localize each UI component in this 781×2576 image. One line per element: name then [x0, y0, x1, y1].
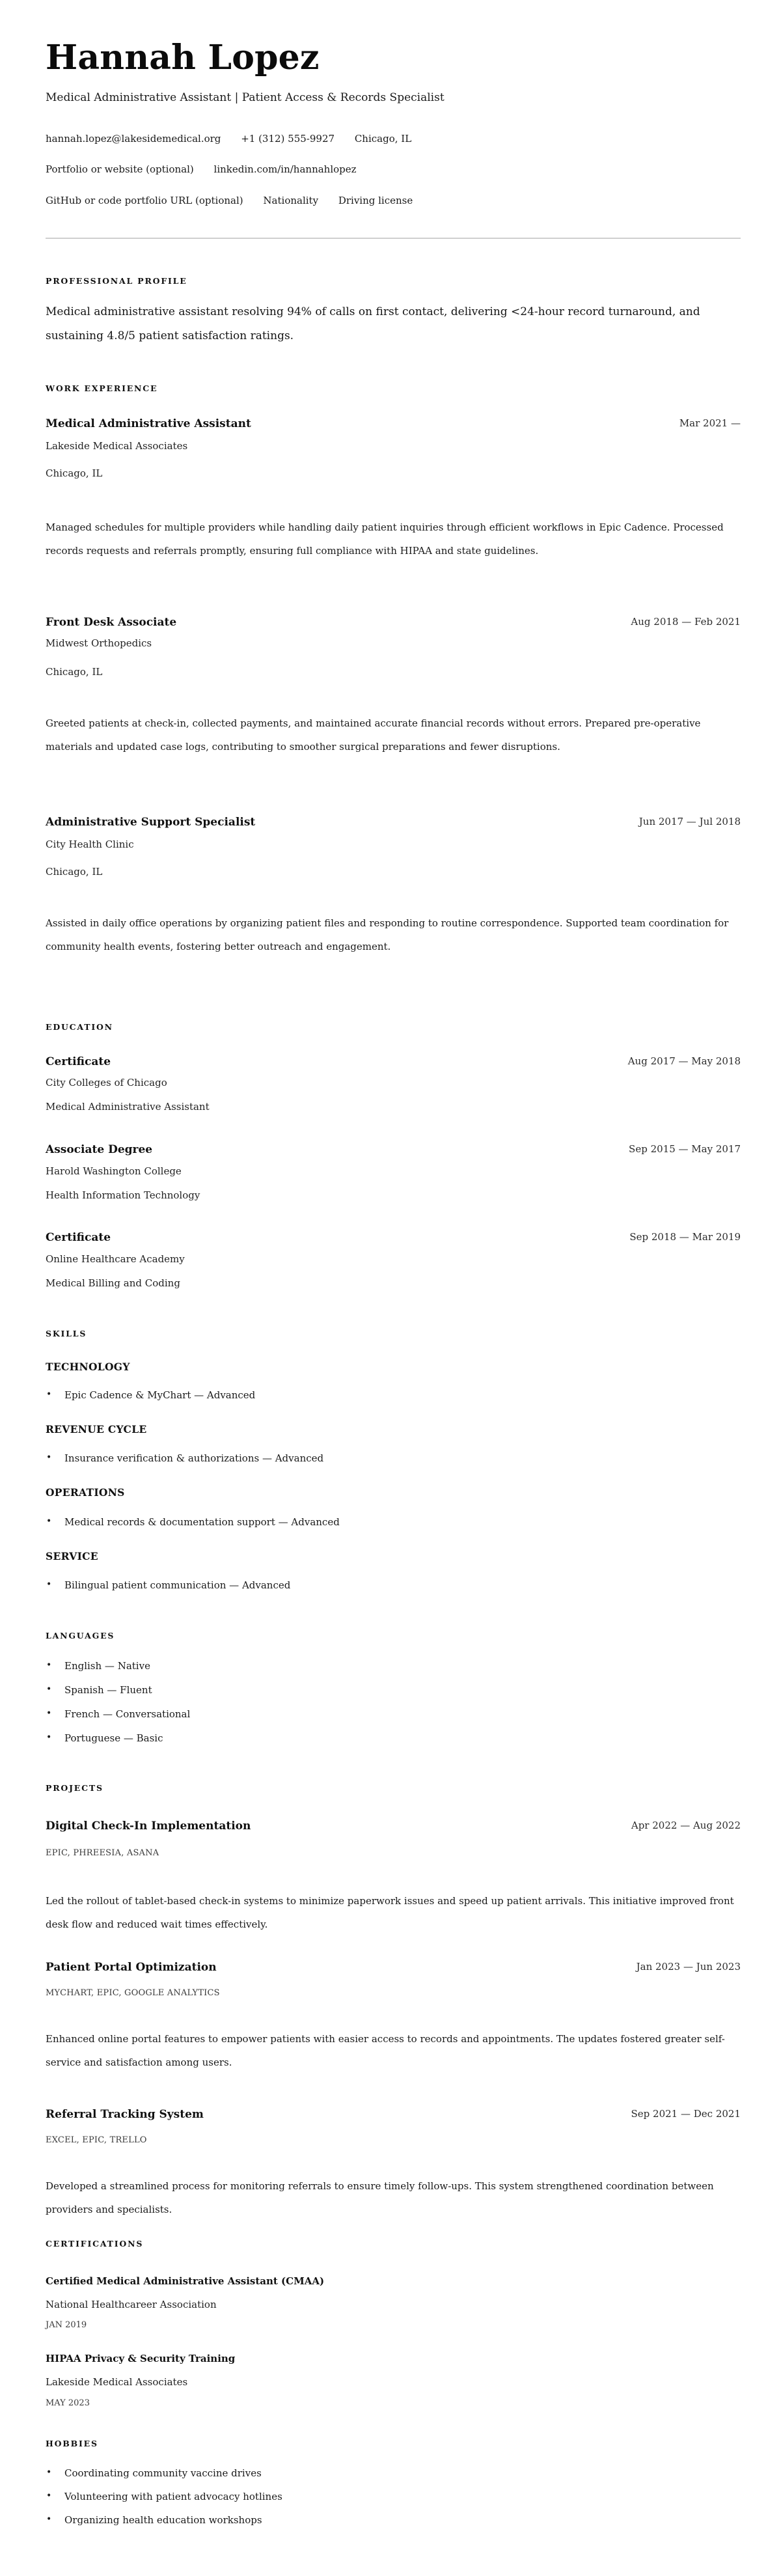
job-location: Chicago, IL — [46, 666, 102, 678]
education-field: Health Information Technology — [46, 1189, 200, 1201]
section-heading-certifications: CERTIFICATIONS — [46, 2239, 143, 2249]
project-title: Referral Tracking System — [46, 2108, 204, 2121]
header-divider — [46, 238, 741, 239]
job-description: Managed schedules for multiple providers… — [46, 516, 741, 562]
job-title: Administrative Support Specialist — [46, 816, 255, 829]
education-degree: Certificate — [46, 1055, 111, 1068]
education-degree: Associate Degree — [46, 1143, 152, 1156]
section-heading-hobbies: HOBBIES — [46, 2439, 98, 2448]
certification-title: Certified Medical Administrative Assista… — [46, 2275, 324, 2287]
project-tech: MYCHART, EPIC, GOOGLE ANALYTICS — [46, 1988, 220, 1998]
education-school: Online Healthcare Academy — [46, 1253, 185, 1265]
job-title: Medical Administrative Assistant — [46, 417, 251, 430]
project-dates: Apr 2022 — Aug 2022 — [631, 1820, 741, 1831]
job-company: Lakeside Medical Associates — [46, 440, 187, 452]
job-dates: Aug 2018 — Feb 2021 — [631, 616, 741, 628]
education-school: City Colleges of Chicago — [46, 1077, 167, 1088]
certification-issuer: National Healthcareer Association — [46, 2299, 217, 2310]
section-heading-experience: WORK EXPERIENCE — [46, 383, 158, 393]
certification-date: JAN 2019 — [46, 2320, 87, 2330]
job-location: Chicago, IL — [46, 467, 102, 479]
profile-summary: Medical administrative assistant resolvi… — [46, 300, 741, 348]
skill-category: TECHNOLOGY — [46, 1361, 130, 1373]
job-dates: Mar 2021 — — [679, 417, 741, 429]
education-field: Medical Billing and Coding — [46, 1277, 180, 1289]
project-description: Developed a streamlined process for moni… — [46, 2174, 741, 2221]
candidate-headline: Medical Administrative Assistant | Patie… — [46, 91, 445, 104]
certification-title: HIPAA Privacy & Security Training — [46, 2353, 235, 2364]
location: Chicago, IL — [355, 133, 411, 145]
certification-issuer: Lakeside Medical Associates — [46, 2376, 187, 2388]
project-tech: EXCEL, EPIC, TRELLO — [46, 2135, 147, 2145]
project-dates: Sep 2021 — Dec 2021 — [631, 2108, 741, 2120]
email-link[interactable]: hannah.lopez@lakesidemedical.org — [46, 133, 221, 145]
education-dates: Aug 2017 — May 2018 — [628, 1055, 741, 1067]
job-description: Assisted in daily office operations by o… — [46, 911, 741, 958]
job-company: Midwest Orthopedics — [46, 637, 152, 649]
phone-number[interactable]: +1 (312) 555-9927 — [241, 133, 335, 145]
language-item: English — Native — [46, 1660, 150, 1672]
project-dates: Jan 2023 — Jun 2023 — [637, 1961, 741, 1973]
education-school: Harold Washington College — [46, 1165, 182, 1177]
project-title: Patient Portal Optimization — [46, 1961, 217, 1974]
certification-date: MAY 2023 — [46, 2398, 90, 2408]
language-item: Portuguese — Basic — [46, 1732, 163, 1744]
section-heading-education: EDUCATION — [46, 1022, 113, 1032]
job-company: City Health Clinic — [46, 838, 134, 850]
portfolio-link[interactable]: Portfolio or website (optional) — [46, 163, 194, 175]
project-description: Led the rollout of tablet-based check-in… — [46, 1889, 741, 1936]
skill-category: SERVICE — [46, 1550, 98, 1562]
skill-category: OPERATIONS — [46, 1486, 125, 1499]
education-dates: Sep 2015 — May 2017 — [629, 1143, 741, 1155]
skill-item: Insurance verification & authorizations … — [46, 1452, 323, 1464]
skill-item: Epic Cadence & MyChart — Advanced — [46, 1389, 255, 1401]
job-description: Greeted patients at check-in, collected … — [46, 712, 741, 758]
hobby-item: Coordinating community vaccine drives — [46, 2467, 262, 2479]
hobby-item: Volunteering with patient advocacy hotli… — [46, 2491, 282, 2502]
candidate-name: Hannah Lopez — [46, 38, 320, 77]
github-link[interactable]: GitHub or code portfolio URL (optional) — [46, 195, 243, 206]
hobby-item: Organizing health education workshops — [46, 2514, 262, 2526]
driving-license: Driving license — [338, 195, 413, 206]
section-heading-projects: PROJECTS — [46, 1783, 103, 1793]
education-field: Medical Administrative Assistant — [46, 1101, 210, 1113]
education-dates: Sep 2018 — Mar 2019 — [629, 1231, 741, 1243]
contact-line-3: GitHub or code portfolio URL (optional) … — [46, 195, 430, 206]
job-dates: Jun 2017 — Jul 2018 — [639, 816, 741, 827]
skill-item: Medical records & documentation support … — [46, 1516, 340, 1528]
job-location: Chicago, IL — [46, 866, 102, 878]
language-item: Spanish — Fluent — [46, 1684, 152, 1696]
language-item: French — Conversational — [46, 1708, 190, 1720]
section-heading-skills: SKILLS — [46, 1329, 87, 1338]
project-title: Digital Check-In Implementation — [46, 1820, 251, 1833]
section-heading-profile: PROFESSIONAL PROFILE — [46, 276, 187, 286]
education-degree: Certificate — [46, 1231, 111, 1244]
contact-line-1: hannah.lopez@lakesidemedical.org +1 (312… — [46, 133, 428, 145]
linkedin-link[interactable]: linkedin.com/in/hannahlopez — [214, 163, 357, 175]
project-tech: EPIC, PHREESIA, ASANA — [46, 1848, 159, 1858]
skill-item: Bilingual patient communication — Advanc… — [46, 1579, 290, 1591]
job-title: Front Desk Associate — [46, 616, 176, 629]
skill-category: REVENUE CYCLE — [46, 1423, 147, 1435]
nationality: Nationality — [263, 195, 318, 206]
contact-line-2: Portfolio or website (optional) linkedin… — [46, 163, 374, 175]
project-description: Enhanced online portal features to empow… — [46, 2027, 741, 2074]
section-heading-languages: LANGUAGES — [46, 1631, 115, 1641]
